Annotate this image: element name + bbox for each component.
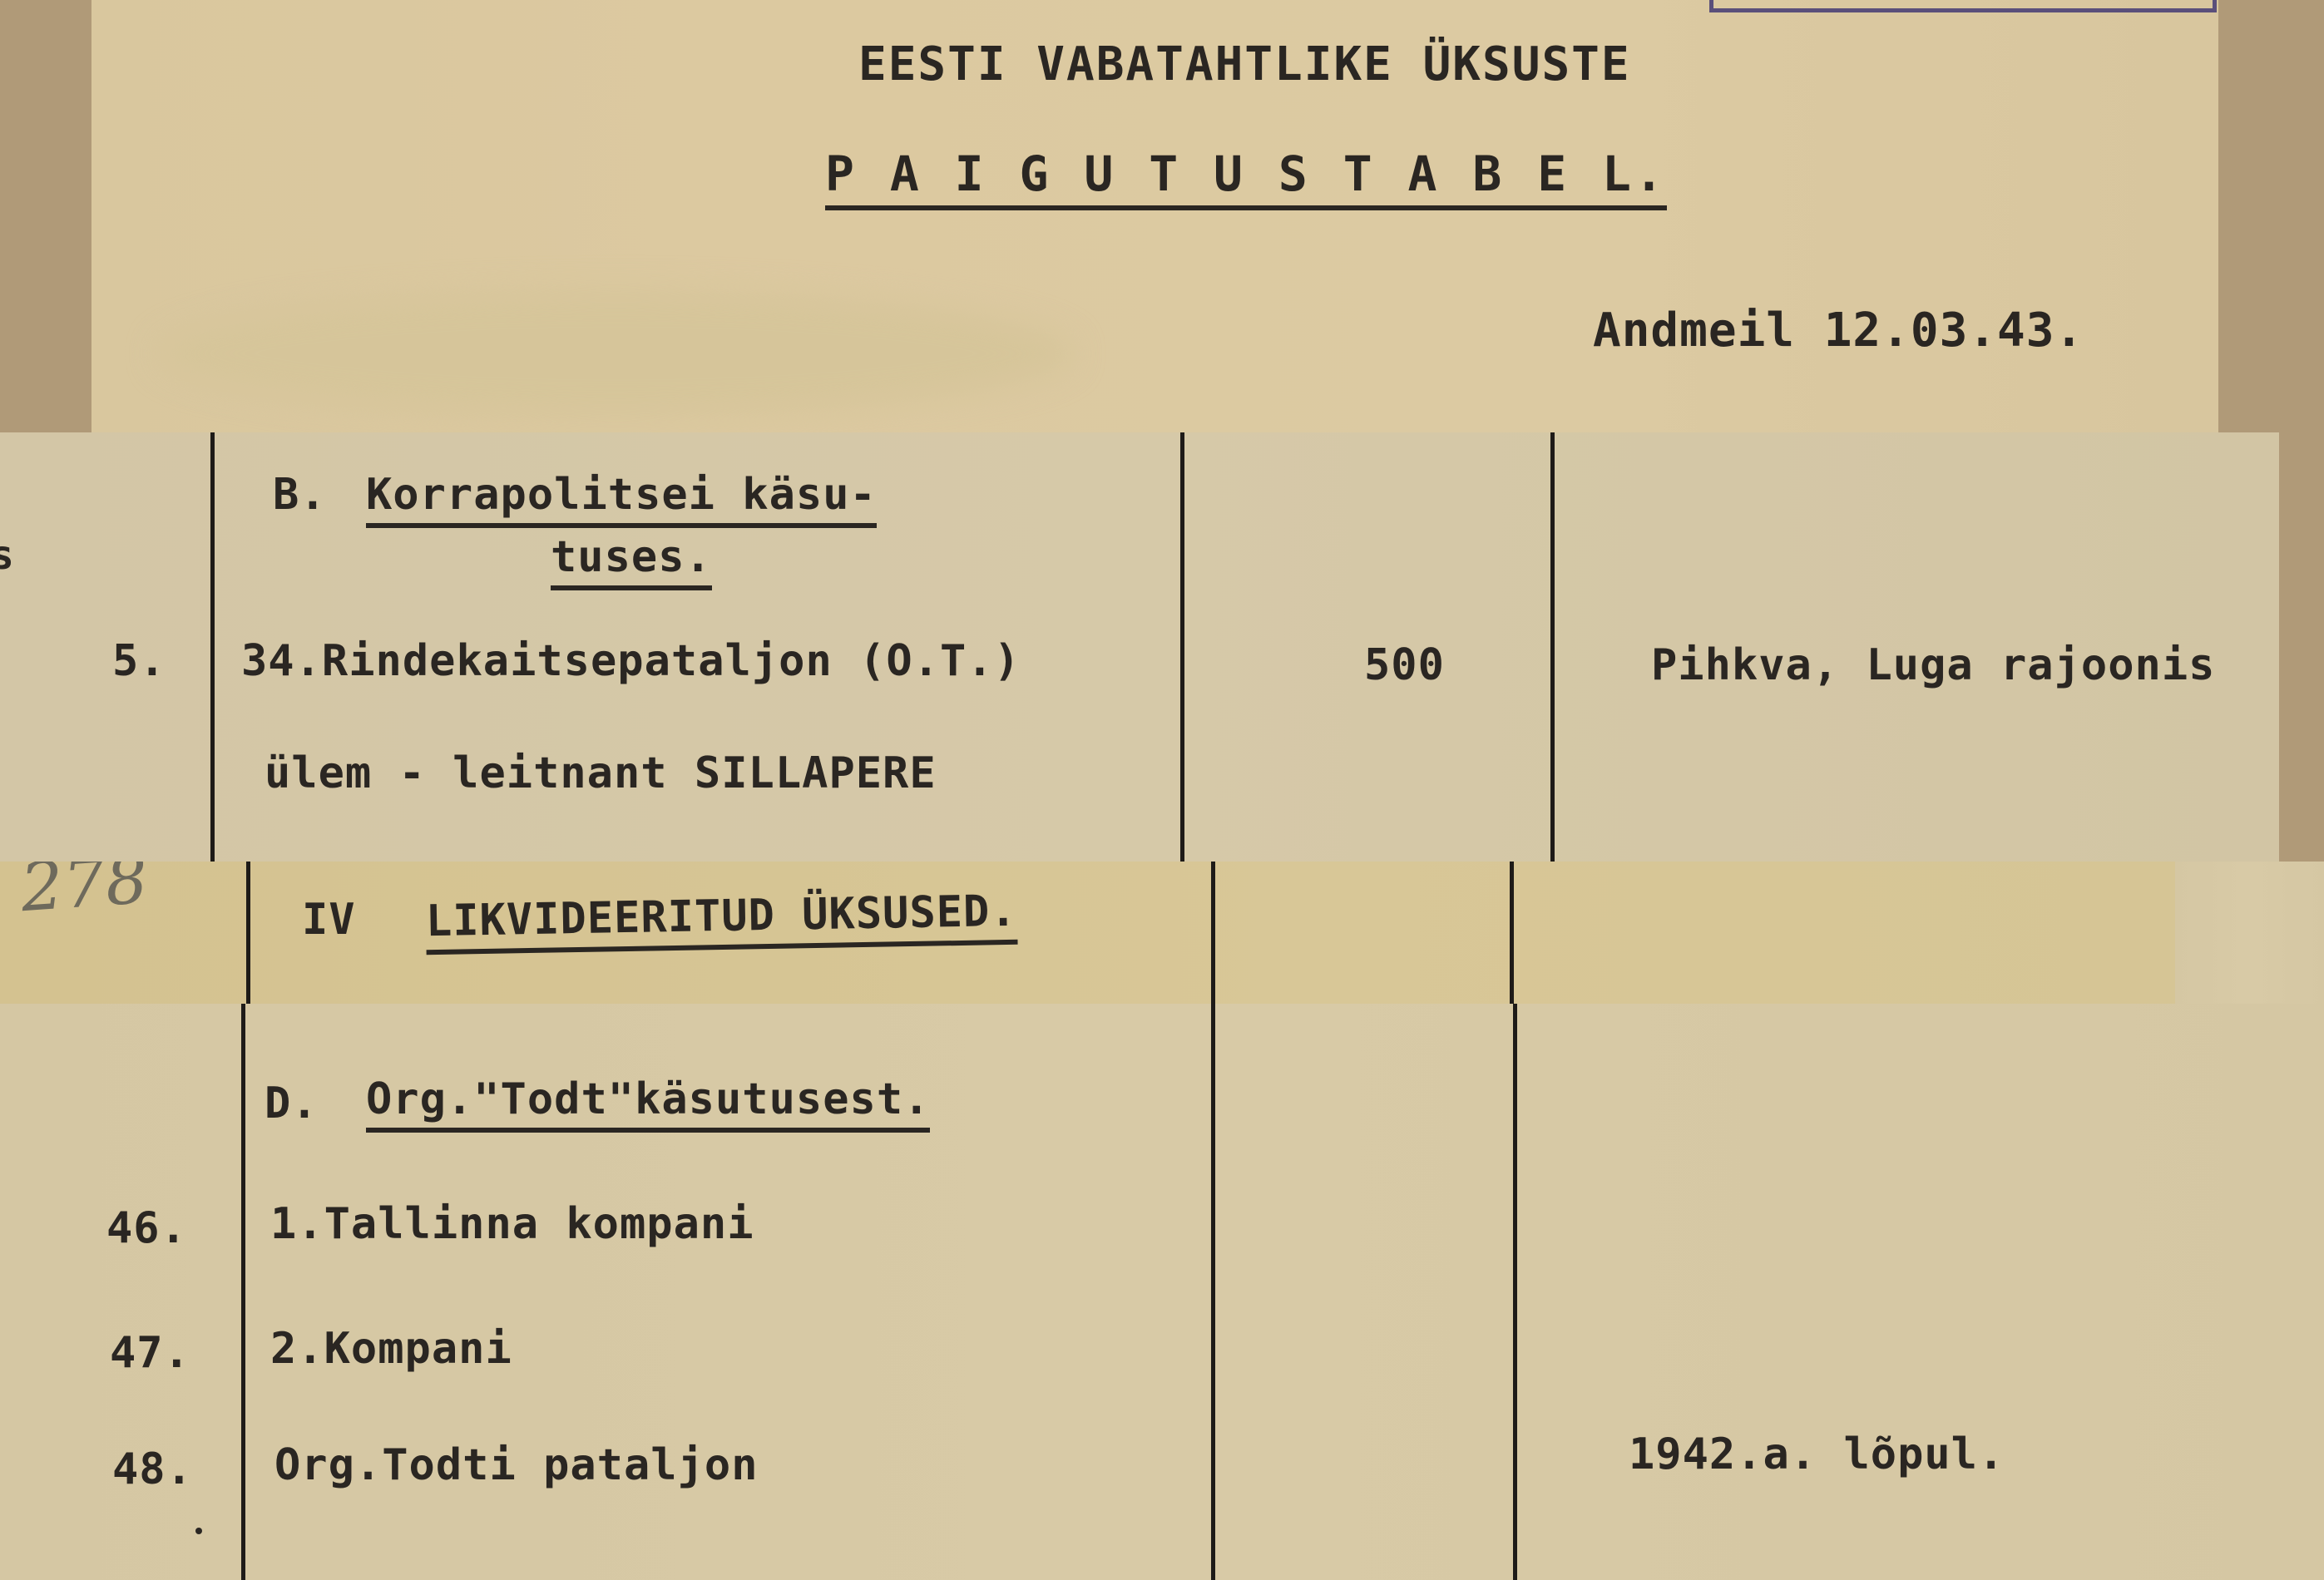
row-number: 5.	[112, 636, 166, 686]
section-d-strip: D. Org."Todt"käsutusest. 46. 1.Tallinna …	[0, 1004, 2324, 1580]
section-iv-heading: LIKVIDEERITUD ÜKSUSED.	[425, 886, 1017, 955]
column-divider-2	[1211, 862, 1215, 1004]
section-iv-strip-right	[2175, 862, 2324, 1004]
section-d-heading: Org."Todt"käsutusest.	[366, 1074, 930, 1133]
column-divider-2	[1211, 1004, 1215, 1580]
date-label: Andmeil 12.03.43.	[1593, 304, 2084, 358]
unit-location: Pihkva, Luga rajoonis	[1651, 640, 2215, 690]
row-number: 48.	[112, 1444, 193, 1494]
column-divider-1	[210, 432, 215, 862]
margin-mark: s	[0, 532, 15, 579]
unit-note: 1942.a. lõpul.	[1629, 1429, 2005, 1479]
column-divider-2	[1180, 432, 1184, 862]
header-strip: EESTI VABATAHTLIKE ÜKSUSTE P A I G U T U…	[91, 0, 2218, 432]
column-divider-1	[246, 862, 250, 1004]
section-d-prefix: D.	[265, 1079, 319, 1128]
unit-name: 1.Tallinna kompani	[270, 1199, 754, 1249]
unit-strength: 500	[1364, 640, 1445, 690]
section-b-strip: s B. Korrapolitsei käsu- tuses. 5. 34.Ri…	[0, 432, 2279, 862]
section-b-heading-line2: tuses.	[551, 532, 712, 590]
section-b-prefix: B.	[273, 470, 327, 520]
unit-name: 2.Kompani	[270, 1324, 512, 1374]
column-divider-3	[1550, 432, 1555, 862]
unit-commander: ülem - leitnant SILLAPERE	[265, 748, 937, 798]
handwritten-page-number: 278	[18, 862, 151, 926]
row-number: 46.	[106, 1203, 187, 1253]
section-iv-strip: 278 IV LIKVIDEERITUD ÜKSUSED.	[0, 862, 2175, 1004]
redacted-area	[158, 291, 1073, 416]
ink-dot	[195, 1528, 202, 1534]
section-iv-numeral: IV	[302, 895, 356, 945]
column-divider-3	[1510, 862, 1514, 1004]
unit-name: Org.Todti pataljon	[274, 1440, 759, 1490]
column-divider-3	[1513, 1004, 1517, 1580]
document-subtitle: P A I G U T U S T A B E L.	[825, 146, 1667, 210]
document-title: EESTI VABATAHTLIKE ÜKSUSTE	[858, 37, 1631, 91]
column-divider-1	[241, 1004, 245, 1580]
row-number: 47.	[110, 1328, 190, 1378]
section-b-heading-line1: Korrapolitsei käsu-	[366, 470, 877, 528]
stamp-box-edge	[1709, 0, 2217, 12]
unit-name: 34.Rindekaitsepataljon (O.T.)	[241, 636, 1021, 686]
